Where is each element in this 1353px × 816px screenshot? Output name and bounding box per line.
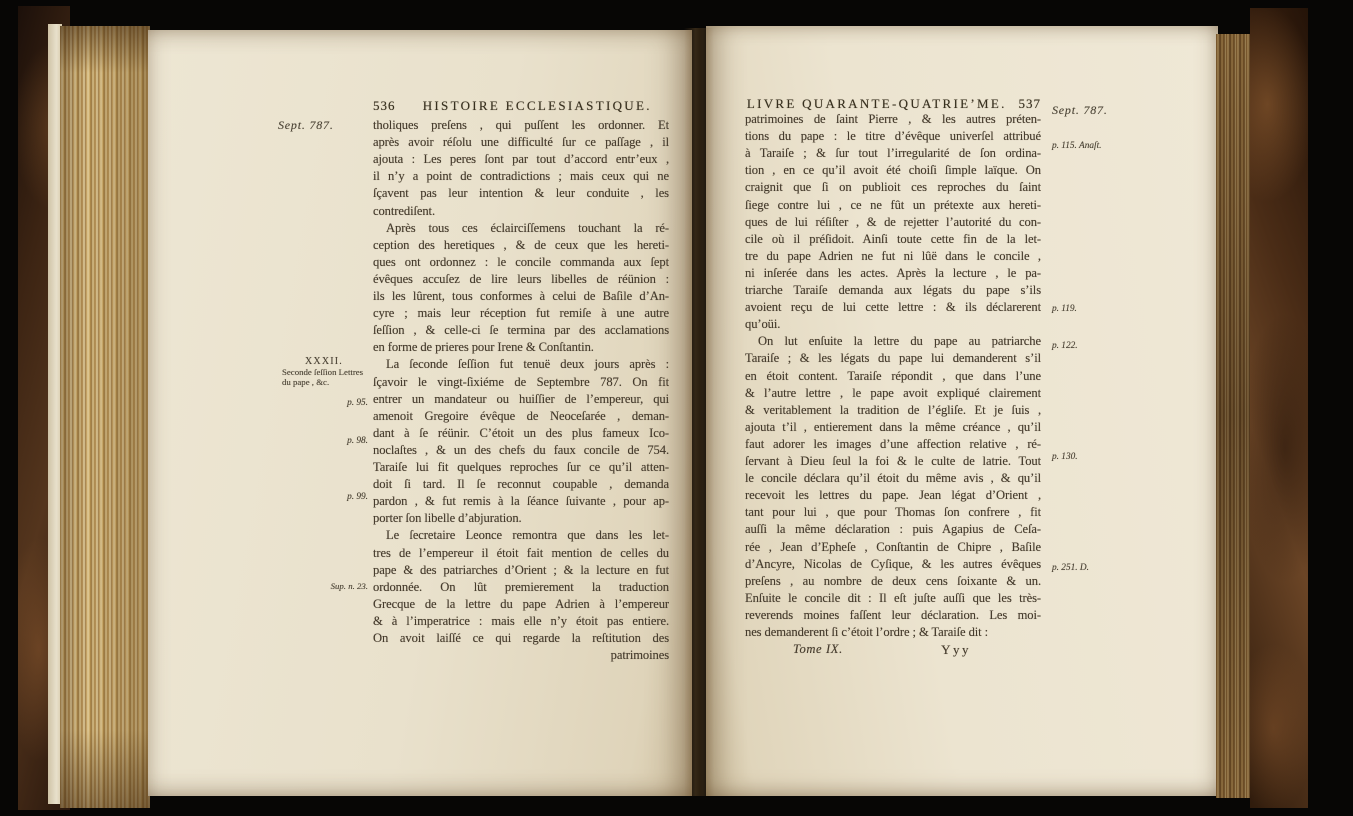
right-running-head: LIVRE QUARANTE-QUATRIE’ME. 537 [745,96,1041,112]
text-line: le concile déclara qu’il étoit du même a… [745,471,1041,489]
text-line: cyre ; mais leur réception fut remiſe à … [373,306,669,324]
text-line: On lut enſuite la lettre du pape au patr… [745,334,1041,352]
left-text-column: tholiques preſens , qui puſſent les ordo… [373,118,669,678]
page-footer: Tome IX. Yyy [745,642,1041,660]
text-line: Le ſecretaire Leonce remontra que dans l… [373,528,669,546]
text-line: cile où il préſidoit. Ainſi toute cette … [745,232,1041,250]
left-margin-notes: Sept. 787.XXXII.Seconde ſeſſion Lettres … [278,118,370,718]
margin-note: p. 95. [278,398,370,408]
text-line: ajouta t’il , entierement dans la même c… [745,420,1041,438]
left-running-head: 536 HISTOIRE ECCLESIASTIQUE. [373,98,669,114]
text-line: Taraiſe lui fit quelques reproches ſur c… [373,460,669,478]
text-line: porter ſon libelle d’abjuration. [373,511,669,529]
text-line: en forme de prieres pour Irene & Conſtan… [373,340,669,358]
text-line: tant pour lui , que pour Thomas ſon conf… [745,505,1041,523]
text-line: ception des heretiques , & de ceux que l… [373,238,669,256]
text-line: nes demanderent ſi c’étoit l’ordre ; & T… [745,625,1041,643]
text-line: dant à ſe réünir. C’étoit un des plus fa… [373,426,669,444]
margin-note: XXXII. [278,356,370,367]
left-page: 536 HISTOIRE ECCLESIASTIQUE. Sept. 787.X… [148,30,692,796]
margin-note: p. 115. Anaſt. [1050,141,1142,151]
text-line: amenoit Gregoire évêque de Neoceſarée , … [373,409,669,427]
text-line: pardon , & fut remis à la ſéance ſuivant… [373,494,669,512]
text-line: ſiege contre lui , ce ne fût un prétexte… [745,198,1041,216]
text-line: tion , en ce qu’il avoit été choiſi ſimp… [745,163,1041,181]
margin-note: Seconde ſeſſion Lettres du pape , &c. [278,367,370,387]
margin-note: p. 251. D. [1050,563,1142,573]
text-line: à Taraiſe ; & ſur tout l’irregularité de… [745,146,1041,164]
margin-note: p. 119. [1050,304,1142,314]
text-line: tholiques preſens , qui puſſent les ordo… [373,118,669,136]
text-line: noclaſtes , & un des chefs du faux conci… [373,443,669,461]
text-line: ques ont ordonnez : le concile commanda … [373,255,669,273]
text-line: patrimoines de ſaint Pierre , & les autr… [745,112,1041,130]
text-line: recevoit les lettres du pape. Jean légat… [745,488,1041,506]
text-line: entrer un mandateur ou huiſſier de l’emp… [373,392,669,410]
page-number: 537 [1019,96,1042,112]
text-line: Grecque de la lettre du pape Adrien à l’… [373,597,669,615]
text-line: & veritablement la tradition de l’égliſe… [745,403,1041,421]
text-line: tre du pape Adrien ne fut ni lûë dans le… [745,249,1041,267]
text-line: ils les lûrent, tous conformes à celui d… [373,289,669,307]
tome-label: Tome IX. [793,642,843,660]
running-title: HISTOIRE ECCLESIASTIQUE. [406,98,670,114]
text-line: & l’autre lettre , le pape avoit expliqu… [745,386,1041,404]
right-cover-leather [1250,8,1308,808]
text-line: Après tous ces éclairciſſemens touchant … [373,221,669,239]
text-line: ſçavoir le vingt-ſixiéme de Septembre 78… [373,375,669,393]
right-fore-edge-pages [1216,34,1254,798]
text-line: patrimoines [373,648,669,666]
text-line: On avoit laiſſé ce qui regarde la reſtit… [373,631,669,649]
text-line: ordonnée. On lût premierement la traduct… [373,580,669,598]
text-line: ſervant à Dieu ſeul la foi & le culte de… [745,454,1041,472]
text-line: auſſi la même déclaration : puis Agapius… [745,522,1041,540]
margin-note: Sept. 787. [1050,103,1142,118]
text-line: rée , Jean d’Epheſe , Conſtantin de Chip… [745,540,1041,558]
right-text-column: Tome IX. Yyy patrimoines de ſaint Pierre… [745,112,1041,684]
margin-note: Sept. 787. [278,118,370,133]
margin-note: Sup. n. 23. [278,581,370,591]
text-line: ajouta : Les peres ſont par tout d’accor… [373,152,669,170]
text-line: en étoit content. Taraiſe répondit , que… [745,369,1041,387]
text-line: après avoir réſolu une difficulté ſur ce… [373,135,669,153]
margin-note: p. 99. [278,492,370,502]
text-line: ques de lui réſiſter , & de rejetter l’a… [745,215,1041,233]
text-line: doit ſi tard. Il ſe reconnut coupable , … [373,477,669,495]
text-line: contrediſent. [373,204,669,222]
text-line: ſeſſion , & celle-ci ſe termina par des … [373,323,669,341]
text-line: craignit que ſi on publioit ces reproche… [745,180,1041,198]
signature-mark: Yyy [941,642,971,660]
right-margin-notes: Sept. 787.p. 115. Anaſt.p. 119.p. 122.p.… [1050,112,1142,712]
text-line: & à l’imperatrice : mais elle n’y étoit … [373,614,669,632]
text-line: preſens , au nombre de deux cens ſoixant… [745,574,1041,592]
text-line: ſçavent pas leur intention & leur condui… [373,186,669,204]
text-line: avoient reçu de lui cette lettre : & ils… [745,300,1041,318]
margin-note: p. 122. [1050,341,1142,351]
text-line: évêques accuſez de lire leurs libelles d… [373,272,669,290]
text-line: qu’oüi. [745,317,1041,335]
text-line: Enſuite le concile dit : Il eſt juſte au… [745,591,1041,609]
text-line: tions du pape : le titre d’évêque univer… [745,129,1041,147]
left-fore-edge-pages [60,26,150,808]
running-title: LIVRE QUARANTE-QUATRIE’ME. [745,96,1009,112]
text-line: La ſeconde ſeſſion fut tenuë deux jours … [373,357,669,375]
text-line: tres de l’empereur il étoit fait mention… [373,546,669,564]
text-line: ni inſerée dans les actes. Après la lect… [745,266,1041,284]
text-line: pape & des patriarches d’Orient ; & la l… [373,563,669,581]
right-page: LIVRE QUARANTE-QUATRIE’ME. 537 Sept. 787… [706,26,1218,796]
text-line: il n’y a point de contradictions ; mais … [373,169,669,187]
text-line: d’Ancyre, Nicolas de Cyſique, & les autr… [745,557,1041,575]
text-line: Taraiſe ; & les légats du pape lui deman… [745,351,1041,369]
text-line: faut adorer les images d’une affection r… [745,437,1041,455]
margin-note: p. 130. [1050,452,1142,462]
page-number: 536 [373,98,396,114]
text-line: triarche Taraiſe demanda aux légats du p… [745,283,1041,301]
text-line: reverends moines faſſent leur déclaratio… [745,608,1041,626]
margin-note: p. 98. [278,436,370,446]
